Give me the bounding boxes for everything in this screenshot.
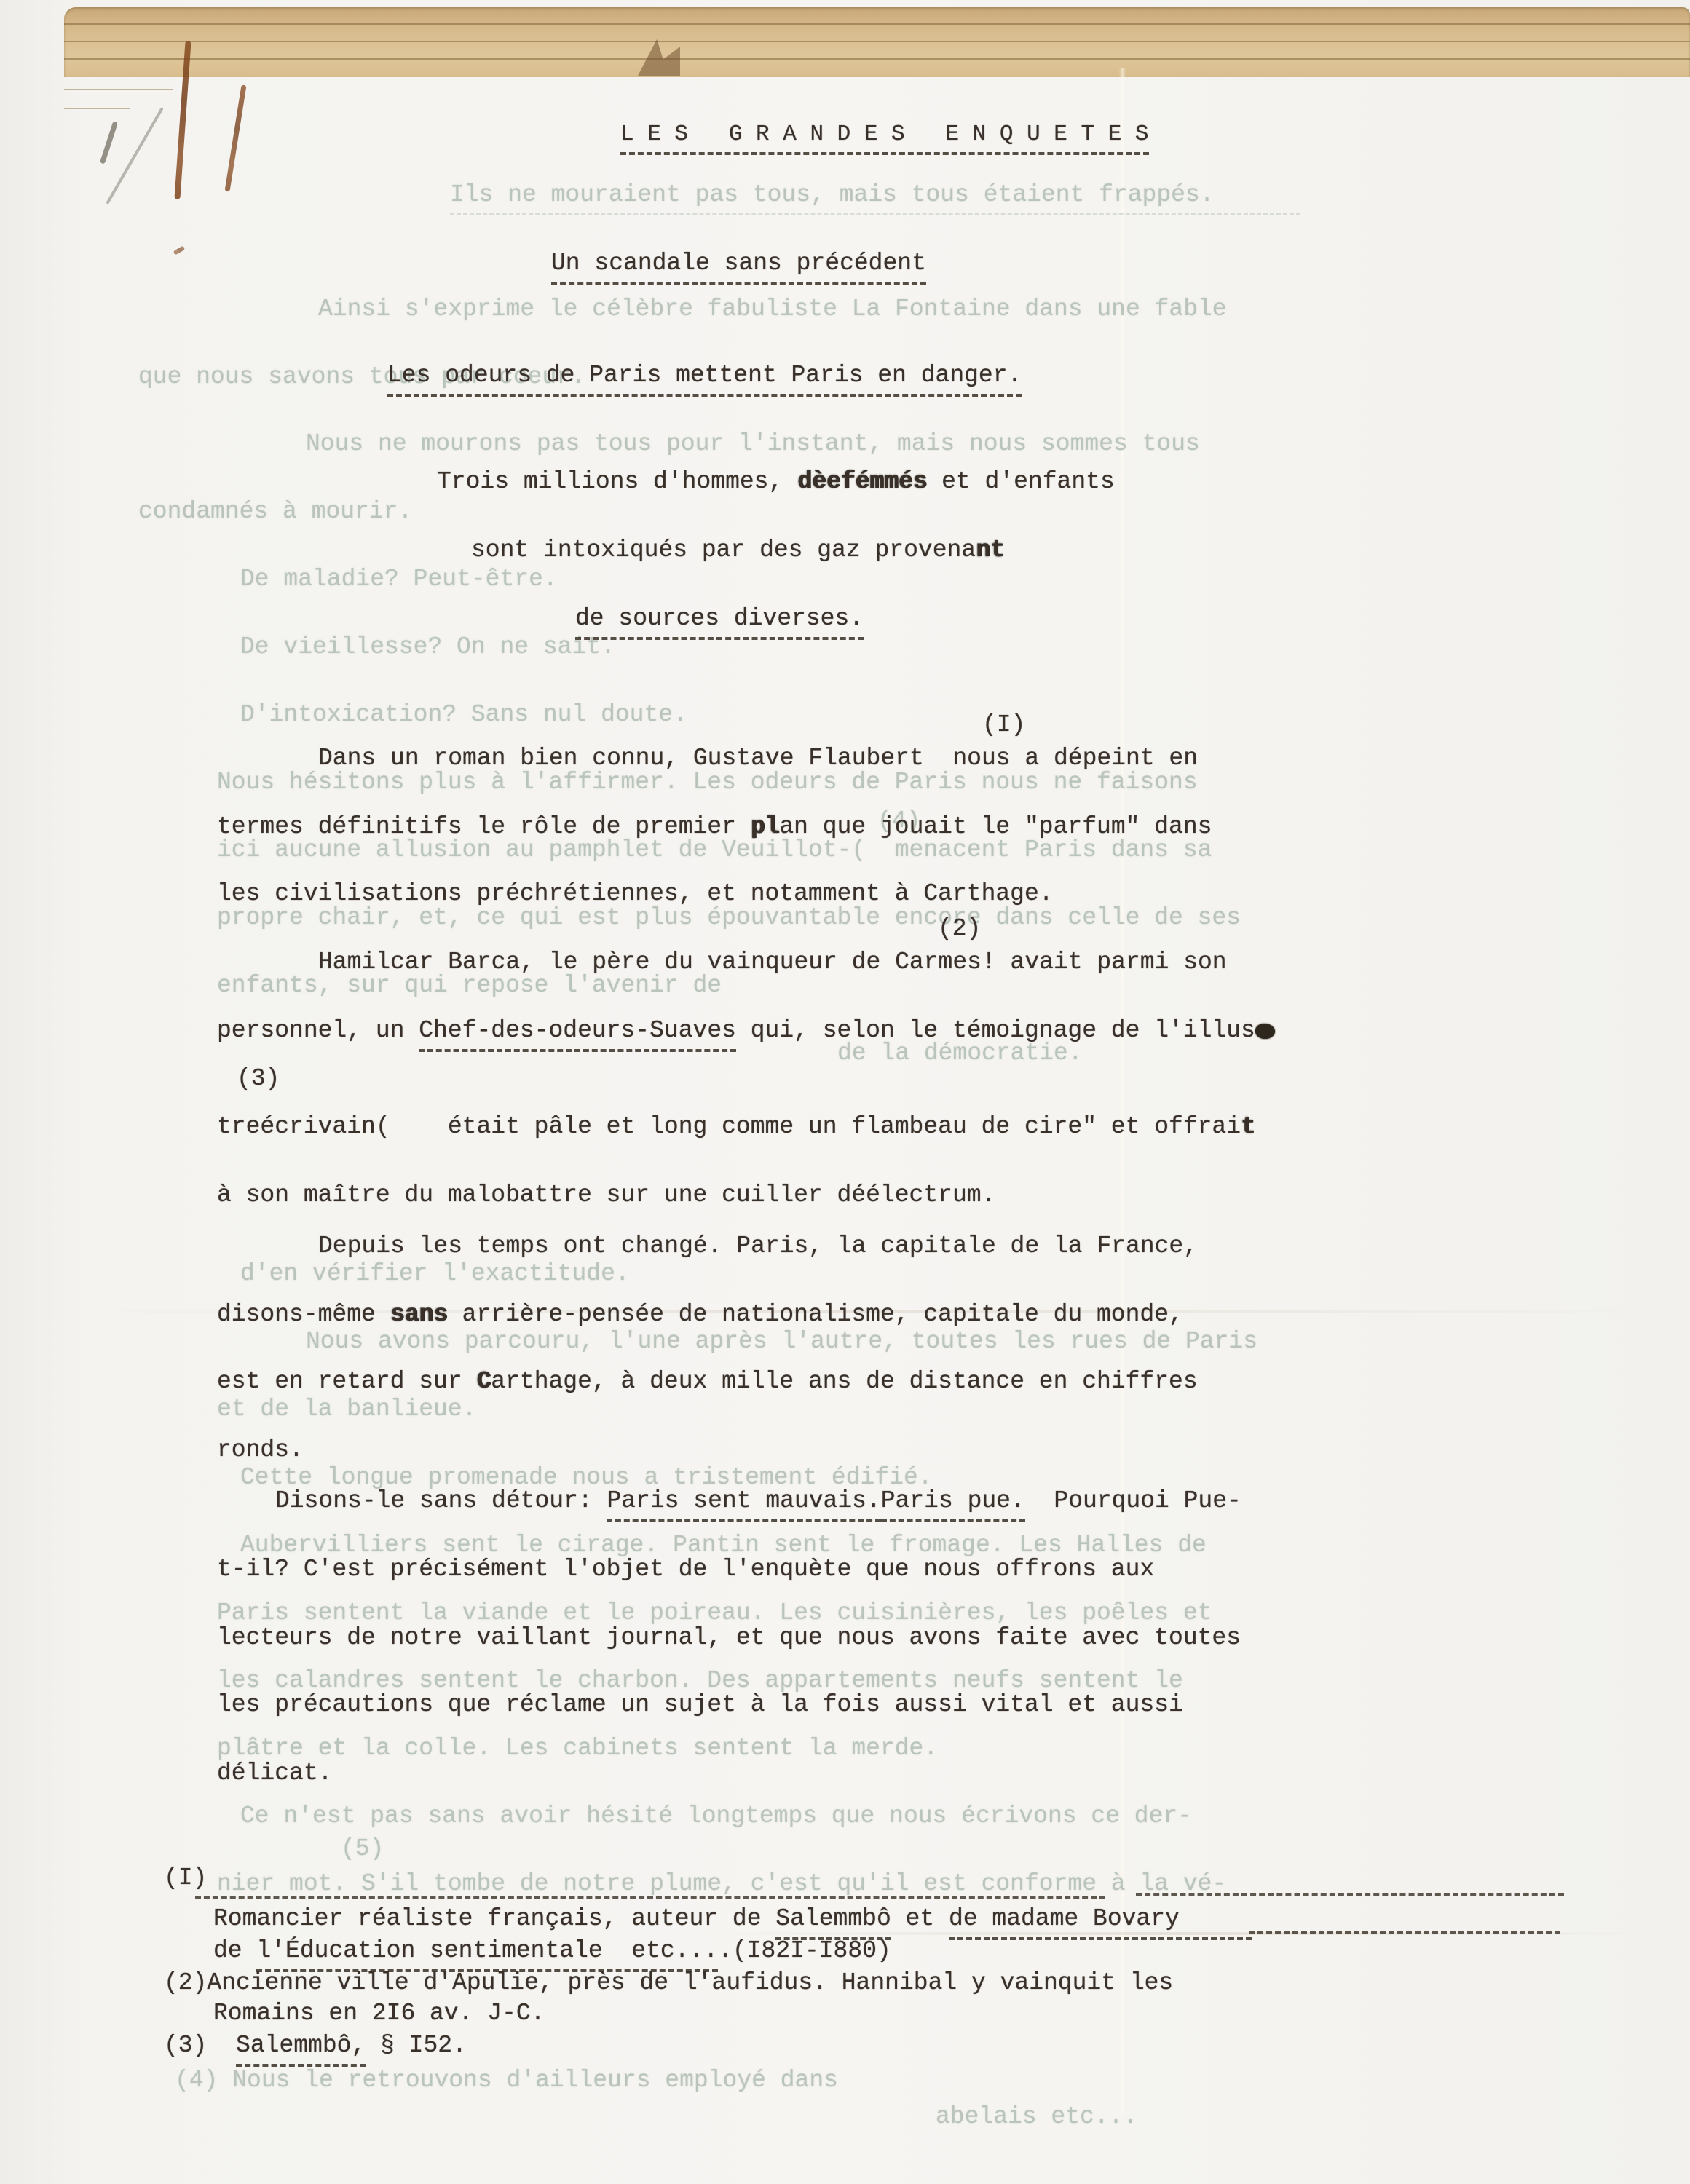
vertical-crease [1121,64,1124,2148]
typed-line: Hamilcar Barca, le père du vainqueur de … [318,948,1227,977]
ghost-line: De maladie? Peut-être. [240,565,558,594]
typed-line: Dans un roman bien connu, Gustave Flaube… [318,744,1198,773]
ghost-line: D'intoxication? Sans nul doute. [240,700,687,729]
typed-line: (2)Ancienne ville d'Apulie, près de l'au… [164,1969,1173,1998]
typed-line: à son maître du malobattre sur une cuill… [217,1181,995,1210]
page-stack-top-edges [64,7,1690,77]
ghost-line: d'en vérifier l'exactitude. [240,1259,630,1289]
typed-line: les précautions que réclame un sujet à l… [217,1690,1183,1720]
ghost-line: Ainsi s'exprime le célèbre fabuliste La … [318,295,1227,324]
typed-line: Les odeurs de Paris mettent Paris en dan… [387,361,1022,390]
ghost-line: Ce n'est pas sans avoir hésité longtemps… [240,1802,1192,1831]
typed-line: (3) [237,1064,280,1093]
typed-line: Depuis les temps ont changé. Paris, la c… [318,1232,1198,1261]
ink-blot [1255,1024,1275,1039]
typed-line: Un scandale sans précédent [551,249,926,278]
typed-line: termes définitifs le rôle de premier pla… [217,812,1212,842]
typed-line: t-il? C'est précisément l'objet de l'enq… [217,1555,1154,1584]
typed-line: L E S G R A N D E S E N Q U E T E S [620,120,1149,149]
ghost-line: Ils ne mouraient pas tous, mais tous éta… [450,181,1300,210]
ghost-line: Nous avons parcouru, l'une après l'autre… [306,1327,1257,1356]
typed-rule [1249,1931,1560,1934]
typed-line: ronds. [217,1436,304,1465]
typed-line: les civilisations préchrétiennes, et not… [217,879,1054,909]
ghost-line: condamnés à mourir. [138,497,412,526]
typed-line: (I) [982,711,1025,740]
typed-line: délicat. [217,1759,332,1788]
ghost-line: et de la banlieue. [217,1395,476,1424]
scanned-document-page: LES GRANDES ENQUETES Ils ne mouraient pa… [0,0,1690,2184]
sheet-edge-line [64,58,1690,60]
sheet-edge-line [64,41,1690,42]
typed-line: disons-même sans arrière-pensée de natio… [217,1300,1183,1329]
ghost-line: nier mot. S'il tombe de notre plume, c'e… [217,1870,1226,1899]
ghost-line: Nous ne mourons pas tous pour l'instant,… [306,430,1200,459]
typed-line: (I) [164,1864,207,1893]
ghost-line: De vieillesse? On ne sait. [240,633,615,662]
typed-line: personnel, un Chef-des-odeurs-Suaves qui… [217,1016,1275,1045]
sheet-edge-line [64,23,1690,25]
typed-rule [195,1896,1105,1899]
typed-line: sont intoxiqués par des gaz provenant [471,536,1005,565]
typed-line: de sources diverses. [575,604,864,633]
typed-line: (3) Salemmbô, § I52. [164,2031,467,2060]
ghost-line: abelais etc... [936,2102,1137,2132]
typed-line: Disons-le sans détour: Paris sent mauvai… [275,1487,1241,1516]
typed-line: lecteurs de notre vaillant journal, et q… [217,1623,1241,1653]
typed-line: treécrivain( était pâle et long comme un… [217,1112,1255,1142]
typed-line: Romains en 2I6 av. J-C. [213,1999,545,2028]
typed-line: de l'Éducation sentimentale etc....(I82I… [213,1936,891,1966]
typed-rule [1136,1893,1564,1896]
typed-line: Trois millions d'hommes, dèefémmés et d'… [437,467,1115,496]
ghost-line: (4) Nous le retrouvons d'ailleurs employ… [175,2066,838,2095]
ghost-line: (5) [341,1835,384,1864]
typed-line: (2) [938,914,981,943]
typed-line: Romancier réaliste français, auteur de S… [213,1904,1252,1934]
typed-line: est en retard sur Carthage, à deux mille… [217,1367,1198,1396]
